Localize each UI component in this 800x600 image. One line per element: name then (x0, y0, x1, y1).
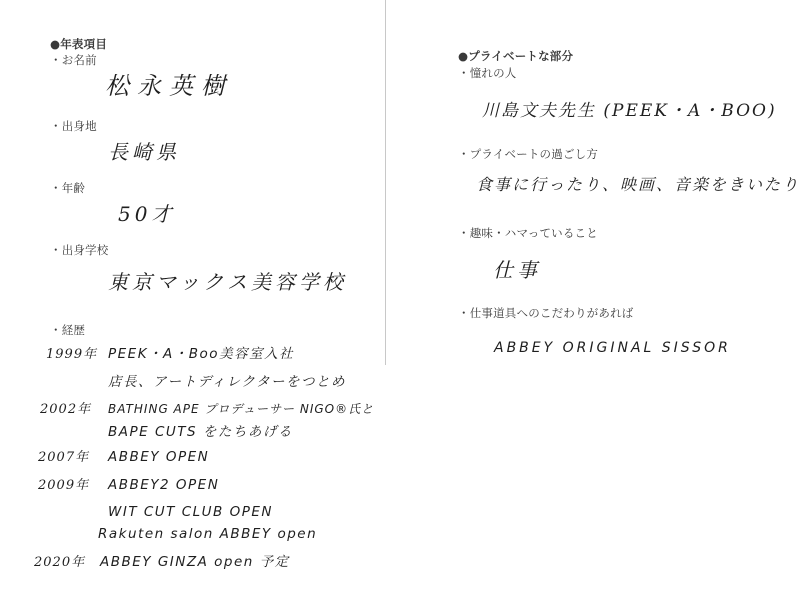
questionnaire-page: ●年表項目 ・お名前 松永英樹 ・出身地 長崎県 ・年齢 50才 ・出身学校 東… (0, 0, 800, 600)
career-text: 店長、アートディレクターをつとめ (108, 370, 346, 390)
idol-label: ・憧れの人 (458, 65, 517, 81)
private-time-label: ・プライベートの過ごし方 (458, 146, 598, 162)
name-value: 松永英樹 (105, 66, 233, 101)
career-year: 2020年 (34, 551, 100, 570)
career-text: WIT CUT CLUB OPEN (108, 504, 273, 520)
career-year: 1999年 (46, 343, 108, 362)
career-year: 2007年 (38, 446, 108, 465)
hobby-value: 仕事 (493, 254, 541, 283)
career-text: ABBEY GINZA open 予定 (100, 550, 290, 570)
career-text: BATHING APE プロデューサー NIGO®氏と (108, 400, 374, 417)
career-label: ・経歴 (50, 322, 85, 338)
career-text: PEEK・A・Boo美容室入社 (108, 342, 294, 362)
column-divider (385, 0, 386, 365)
name-label: ・お名前 (50, 52, 97, 68)
tools-value: ABBEY ORIGINAL SISSOR (494, 340, 731, 356)
career-entry: BAPE CUTS をたちあげる (40, 420, 293, 440)
birthplace-label: ・出身地 (50, 118, 97, 134)
career-year: 2002年 (40, 398, 108, 417)
tools-label: ・仕事道具へのこだわりがあれば (458, 305, 634, 321)
idol-value: 川島文夫先生 (PEEK・A・BOO) (482, 96, 777, 121)
hobby-label: ・趣味・ハマっていること (458, 225, 598, 241)
career-entry: 2007年 ABBEY OPEN (38, 446, 209, 465)
career-entry: 2020年 ABBEY GINZA open 予定 (34, 550, 290, 570)
private-time-value: 食事に行ったり、映画、音楽をきいたり。 (476, 172, 800, 195)
career-text: BAPE CUTS をたちあげる (108, 420, 293, 440)
career-entry: 2009年 ABBEY2 OPEN (38, 474, 219, 493)
career-text: Rakuten salon ABBEY open (98, 526, 317, 542)
career-year: 2009年 (38, 474, 108, 493)
career-text: ABBEY2 OPEN (108, 477, 219, 493)
career-entry: 1999年 PEEK・A・Boo美容室入社 (46, 342, 294, 362)
school-label: ・出身学校 (50, 242, 109, 258)
career-entry: 2002年 BATHING APE プロデューサー NIGO®氏と (40, 398, 374, 417)
career-text: ABBEY OPEN (108, 449, 209, 465)
birthplace-value: 長崎県 (108, 136, 180, 165)
school-value: 東京マックス美容学校 (108, 266, 347, 295)
timeline-section-title: ●年表項目 (50, 36, 107, 52)
career-entry: WIT CUT CLUB OPEN (38, 504, 273, 520)
age-value: 50才 (118, 198, 175, 227)
age-label: ・年齢 (50, 180, 85, 196)
career-entry: 店長、アートディレクターをつとめ (46, 370, 346, 390)
private-section-title: ●プライベートな部分 (458, 48, 573, 64)
career-entry: Rakuten salon ABBEY open (38, 526, 317, 542)
